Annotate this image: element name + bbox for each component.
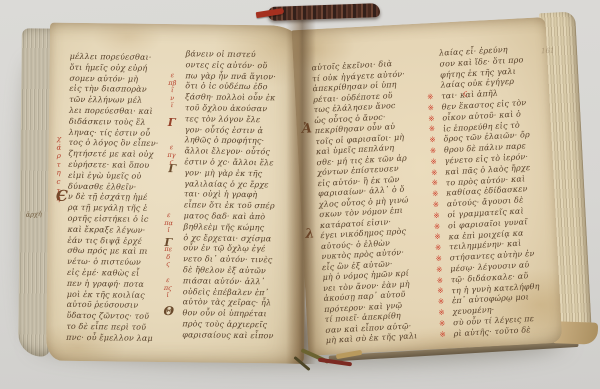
left-page-column-2: βάνειν οἱ πιστεύ οντες εἰς αὐτόν· οὔ πω … [182, 49, 294, 342]
gutter-section-label-1: ε πβ ϊ ν ϊ [164, 72, 180, 110]
canon-sign-red: ϛ [463, 89, 467, 97]
right-page-column-2: λαίας εἶ· ἐρεύνη σον καὶ ἴδε· ὅτι προ φή… [439, 43, 556, 339]
gutter-section-label-3: ε πα ϊ [160, 212, 176, 235]
gutter-initial-gamma-2: Γ [168, 162, 176, 175]
gutter-initial-gamma-1: Γ [168, 116, 176, 129]
folio-number: 161 [541, 47, 555, 56]
right-page-column-1: αὐτοῖς ἐκεῖνοι· διὰ τί οὐκ ἠγάγετε αὐτόν… [311, 58, 430, 347]
right-half-of-book: 161 αὐτοῖς ἐκεῖνοι· διὰ τί οὐκ ἠγάγετε α… [291, 3, 600, 370]
drop-cap-epsilon: Є [56, 187, 68, 205]
gutter-seam [286, 8, 316, 364]
manuscript-photo: χ ά ρ τ η ϲ τ η ἀρχή μέλλει πορεύεσθαι· … [0, 0, 600, 389]
gutter-initial-theta: Θ [163, 304, 174, 318]
left-half-of-book: χ ά ρ τ η ϲ τ η ἀρχή μέλλει πορεύεσθαι· … [18, 18, 308, 365]
gutter-section-label-4: πε δ ϛ [160, 246, 176, 269]
left-page-column-1: μέλλει πορεύεσθαι· ὅτι ἡμεῖς οὐχ εὑρή σο… [66, 52, 172, 345]
gutter-initial-gamma-3: Γ [164, 236, 172, 249]
left-margin-note: ἀρχή [25, 210, 41, 219]
gutter-section-label-5: ε πϛ ϊ [160, 277, 176, 300]
